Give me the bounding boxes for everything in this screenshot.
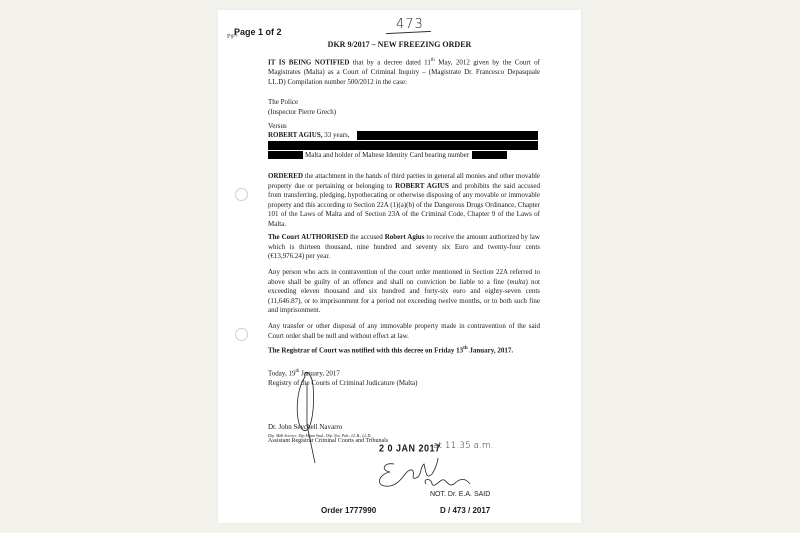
penalty-paragraph: Any person who acts in contravention of … [268, 268, 540, 316]
authorised-name: Robert Agius [385, 233, 425, 241]
penalty-italic: multa [510, 278, 526, 286]
document-page: Page 1 of 2 Pg/s 473 DKR 9/2017 – NEW FR… [218, 10, 581, 523]
notice-paragraph: IT IS BEING NOTIFIED that by a decree da… [268, 56, 540, 87]
dated-text-a: Today, 19 [268, 369, 295, 377]
nullity-paragraph: Any transfer or other disposal of any im… [268, 322, 540, 341]
document-title: DKR 9/2017 – NEW FREEZING ORDER [218, 40, 581, 49]
received-stamp-date: 2 0 JAN 2017 [379, 442, 441, 454]
notice-lead: IT IS BEING NOTIFIED [268, 58, 349, 66]
handwritten-underline [386, 31, 431, 34]
complainant-name: The Police [268, 98, 540, 108]
order-number: Order 1777990 [321, 506, 376, 515]
redaction-bar [268, 151, 303, 159]
penalty-text-1: Any person who acts in contravention of … [268, 268, 540, 286]
registrar-notice: The Registrar of Court was notified with… [268, 344, 558, 356]
accused-age: 33 years, [322, 131, 349, 139]
handwritten-number: 473 [396, 17, 424, 32]
notary-signature [376, 458, 476, 493]
authorised-lead: The Court AUTHORISED [268, 233, 348, 241]
authorised-text-1: the accused [348, 233, 385, 241]
redaction-bar [357, 131, 538, 140]
ordered-name: ROBERT AGIUS [395, 182, 449, 190]
redaction-bar [472, 151, 507, 159]
signatory-name: Dr. John Sevchell Navarro [268, 423, 540, 433]
notary-name: NOT. Dr. E.A. SAID [430, 491, 490, 498]
registrar-text-1: The Registrar of Court was notified with… [268, 346, 463, 354]
authorised-paragraph: The Court AUTHORISED the accused Robert … [268, 233, 540, 262]
received-handwritten-time: at 11.35 a.m. [433, 441, 494, 451]
reference-number: D / 473 / 2017 [440, 506, 490, 515]
registrar-text-2: January, 2017. [468, 346, 514, 354]
notice-text-1: that by a decree dated 11 [349, 58, 430, 66]
punch-hole [235, 328, 248, 341]
registrar-signature [293, 365, 333, 465]
complainant: The Police (Inspector Pierre Grech) [268, 98, 540, 117]
page-handwritten-note: Pg/s [226, 32, 238, 40]
ordered-paragraph: ORDERED the attachment in the hands of t… [268, 172, 540, 230]
accused-name: ROBERT AGIUS, [268, 131, 322, 139]
ordered-lead: ORDERED [268, 172, 303, 180]
page-number-label: Page 1 of 2 [234, 27, 282, 37]
punch-hole [235, 188, 248, 201]
redaction-bar [268, 141, 538, 150]
complainant-officer: (Inspector Pierre Grech) [268, 108, 540, 118]
